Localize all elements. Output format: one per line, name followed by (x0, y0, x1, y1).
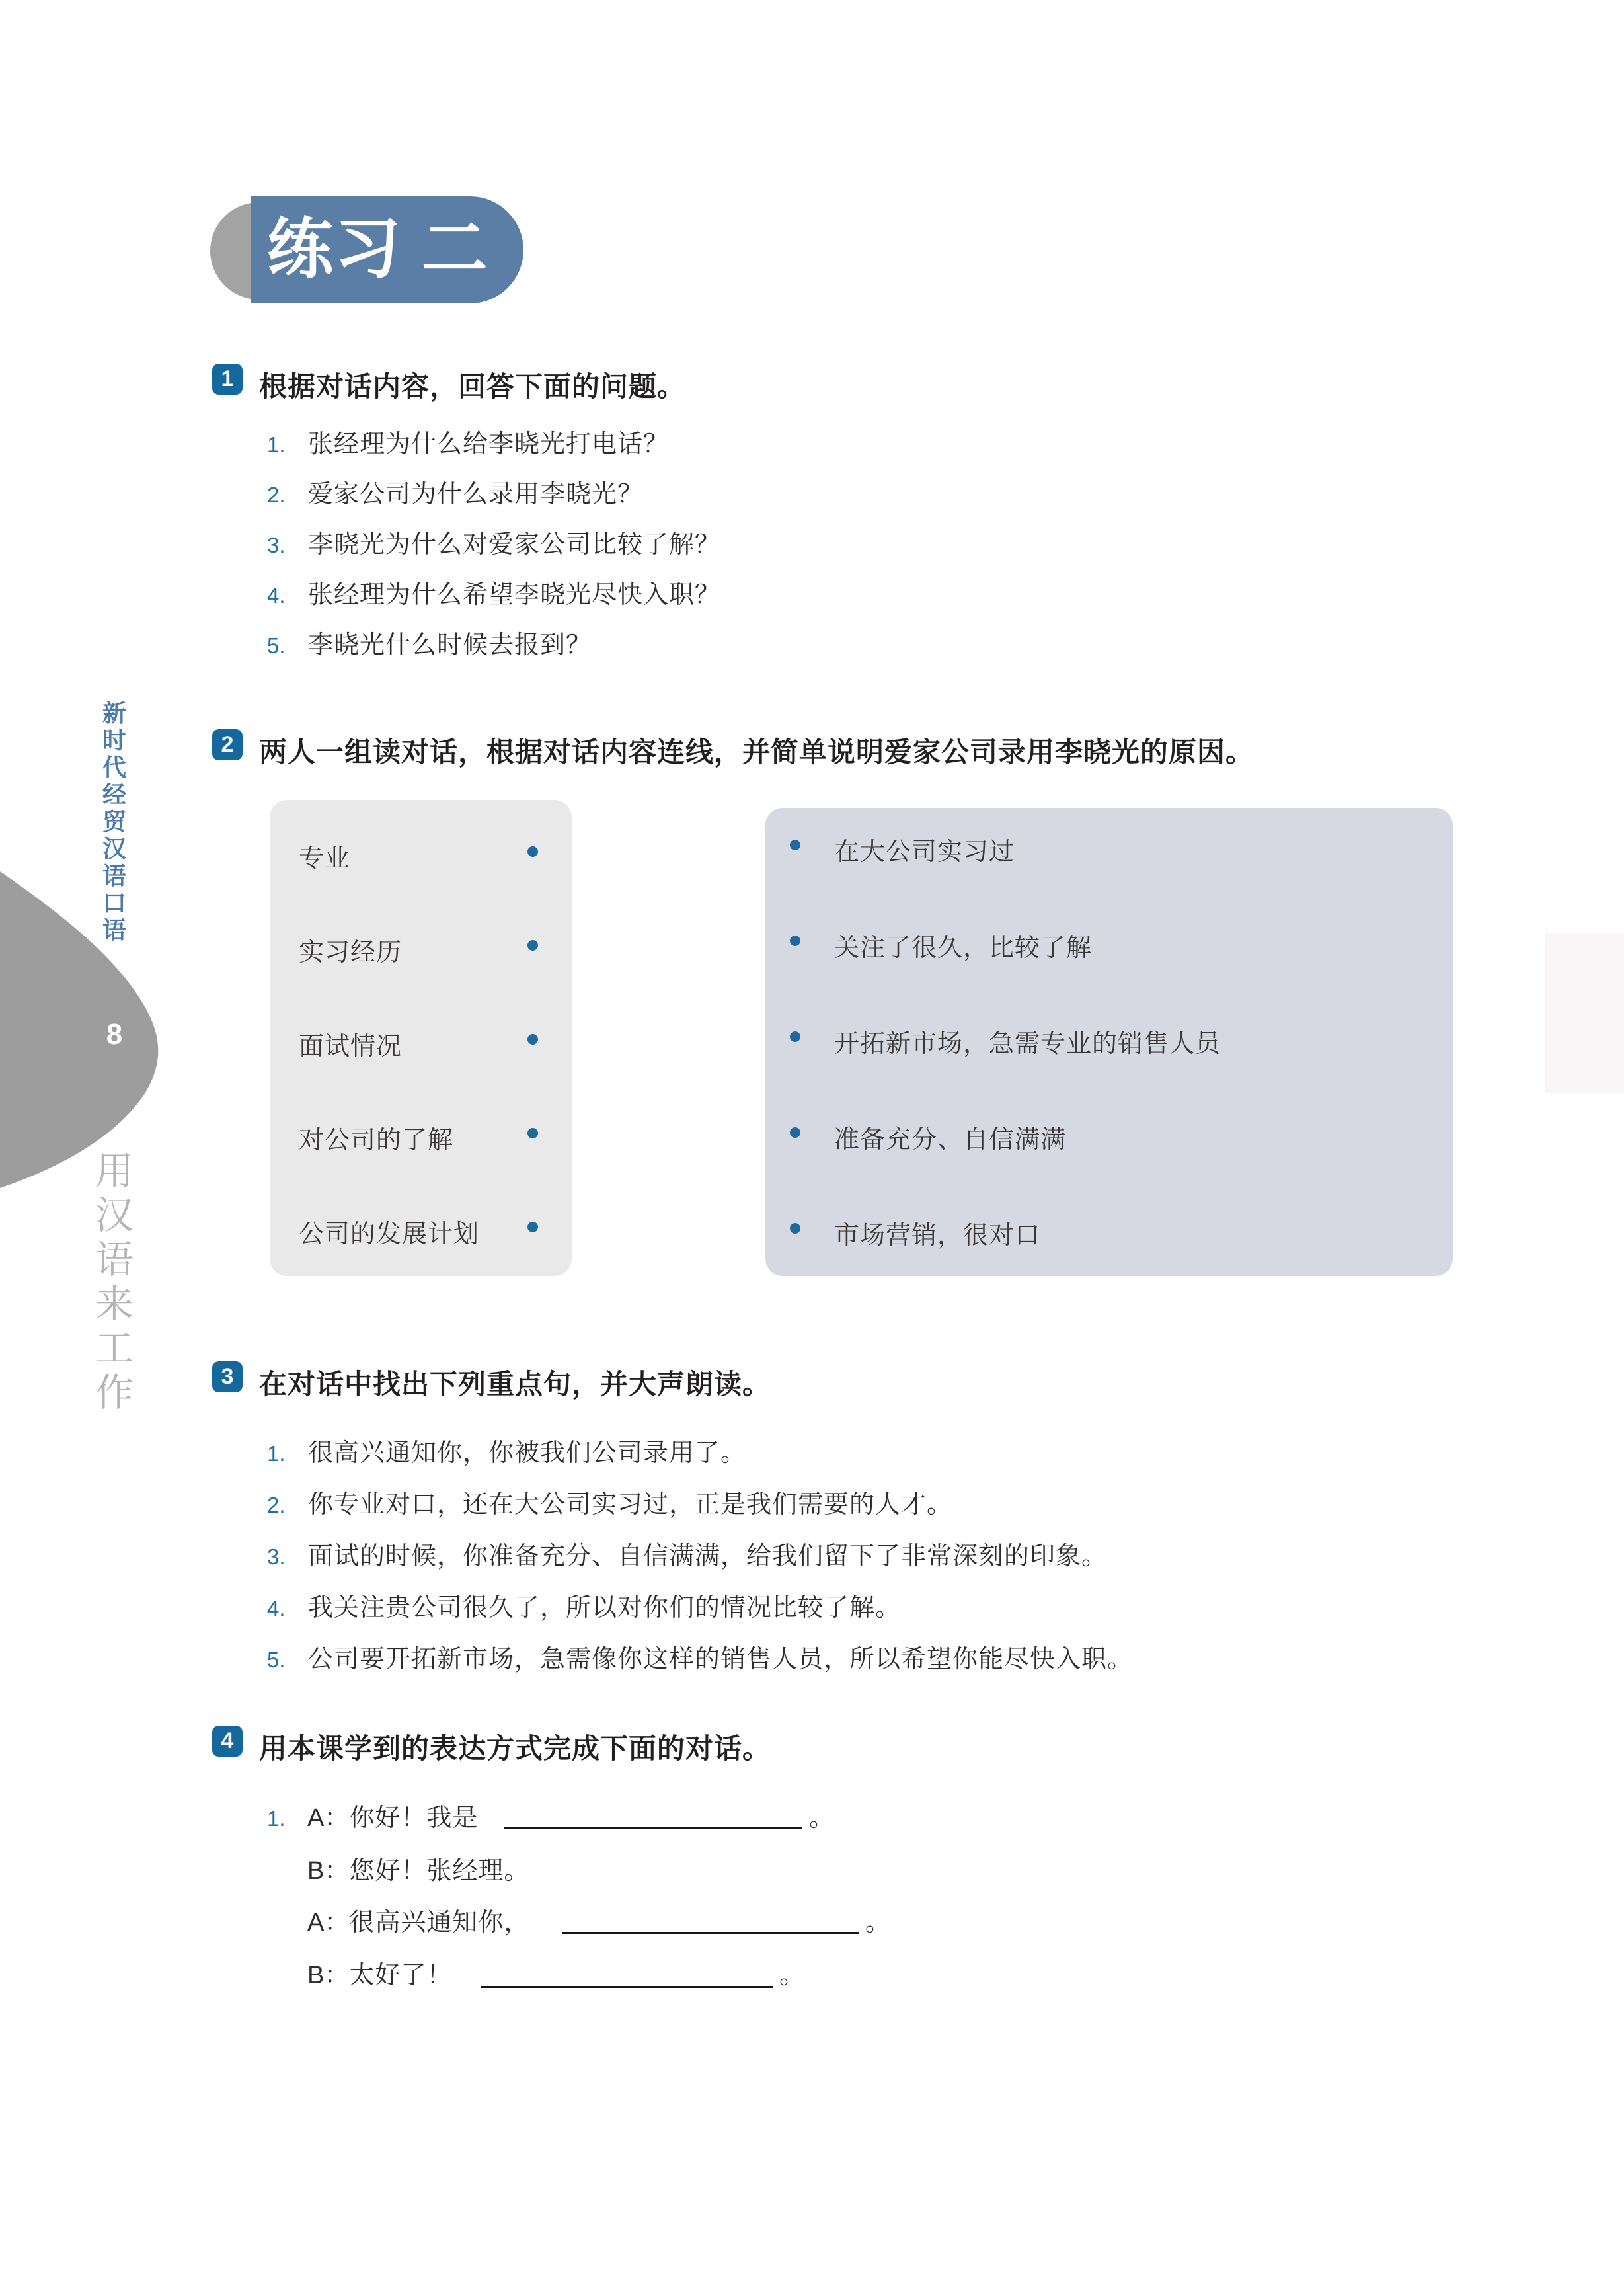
dialogue-line: B： 您好！张经理。 (307, 1850, 529, 1886)
list-item: 3. 李晓光为什么对爱家公司比较了解？ (267, 524, 720, 560)
item-text: 很高兴通知你，你被我们公司录用了。 (308, 1432, 746, 1468)
speaker-label: B： (307, 1954, 349, 1991)
list-item: 2. 爱家公司为什么录用李晓光？ (267, 473, 643, 510)
list-item: 5. 李晓光什么时候去报到？ (267, 624, 592, 660)
item-text: 面试的时候，你准备充分、自信满满，给我们留下了非常深刻的印象。 (308, 1535, 1107, 1572)
matching-right-label: 开拓新市场，急需专业的销售人员 (834, 1023, 1221, 1059)
adjacent-page-sliver (1545, 933, 1624, 1093)
section-4-badge: 4 (212, 1726, 243, 1757)
fill-in-blank-line (504, 1827, 802, 1829)
item-text: 爱家公司为什么录用李晓光？ (308, 473, 643, 510)
connector-dot (790, 1223, 800, 1234)
fill-in-blank-line (481, 1986, 773, 1988)
period-after-blank: 。 (809, 1797, 834, 1833)
item-text: 张经理为什么希望李晓光尽快入职？ (308, 574, 720, 610)
connector-dot (527, 940, 538, 951)
section-1-badge: 1 (212, 364, 243, 395)
item-text: 张经理为什么给李晓光打电话？ (308, 423, 669, 459)
item-number: 2. (267, 1493, 308, 1518)
dialogue-text: 你好！我是 (349, 1797, 478, 1833)
item-number: 3. (267, 1544, 308, 1570)
sidebar-swoosh-shape (0, 866, 165, 1197)
connector-dot (527, 846, 538, 857)
connector-dot (790, 1031, 800, 1042)
matching-left-label: 公司的发展计划 (299, 1213, 479, 1250)
item-text: 李晓光为什么对爱家公司比较了解？ (308, 524, 720, 560)
matching-left-label: 对公司的了解 (299, 1119, 453, 1156)
connector-dot (527, 1222, 538, 1232)
matching-left-label: 专业 (299, 838, 350, 874)
section-3-badge: 3 (212, 1361, 243, 1392)
period-after-blank: 。 (779, 1954, 804, 1991)
list-item: 4. 张经理为什么希望李晓光尽快入职？ (267, 574, 720, 610)
dialogue-line: A： 很高兴通知你， (307, 1901, 529, 1938)
speaker-label: A： (307, 1901, 349, 1938)
page-number: 8 (99, 1018, 130, 1051)
matching-left-label: 面试情况 (299, 1025, 402, 1062)
list-item: 1. 很高兴通知你，你被我们公司录用了。 (267, 1432, 746, 1468)
item-number: 1. (267, 432, 308, 458)
matching-right-label: 市场营销，很对口 (834, 1215, 1040, 1251)
exercise-banner-title: 练习 二 (251, 196, 539, 303)
list-item: 4. 我关注贵公司很久了，所以对你们的情况比较了解。 (267, 1587, 901, 1623)
textbook-page: 新时代经贸汉语口语 8 用汉语来工作 练习 二 1 根据对话内容，回答下面的问题… (0, 0, 1624, 2273)
speaker-label: B： (307, 1850, 349, 1886)
item-text: 李晓光什么时候去报到？ (308, 624, 592, 660)
item-number: 4. (267, 1596, 308, 1621)
matching-right-label: 在大公司实习过 (834, 831, 1015, 867)
section-1-title: 根据对话内容，回答下面的问题。 (259, 365, 685, 405)
book-title-vertical: 用汉语来工作 (93, 1149, 136, 1415)
connector-dot (527, 1128, 538, 1138)
item-number: 1. (267, 1806, 307, 1831)
connector-dot (790, 840, 800, 850)
connector-dot (790, 936, 800, 946)
section-4-title: 用本课学到的表达方式完成下面的对话。 (259, 1727, 771, 1767)
item-number: 3. (267, 533, 308, 558)
item-text: 我关注贵公司很久了，所以对你们的情况比较了解。 (308, 1587, 901, 1623)
list-item: 5. 公司要开拓新市场，急需像你这样的销售人员，所以希望你能尽快入职。 (267, 1638, 1133, 1675)
period-after-blank: 。 (865, 1901, 890, 1938)
dialogue-line: B： 太好了！ (307, 1954, 452, 1991)
item-number: 1. (267, 1441, 308, 1466)
item-text: 你专业对口，还在大公司实习过，正是我们需要的人才。 (308, 1484, 952, 1520)
section-2-title: 两人一组读对话，根据对话内容连线，并简单说明爱家公司录用李晓光的原因。 (259, 731, 1254, 770)
dialogue-text: 您好！张经理。 (349, 1850, 529, 1886)
dialogue-text: 很高兴通知你， (349, 1901, 529, 1938)
item-number: 2. (267, 483, 308, 508)
section-3-title: 在对话中找出下列重点句，并大声朗读。 (259, 1363, 771, 1402)
speaker-label: A： (307, 1797, 349, 1833)
section-2-badge: 2 (212, 729, 243, 760)
item-number: 5. (267, 1648, 308, 1673)
list-item: 2. 你专业对口，还在大公司实习过，正是我们需要的人才。 (267, 1484, 952, 1520)
matching-left-label: 实习经历 (299, 932, 402, 968)
item-text: 公司要开拓新市场，急需像你这样的销售人员，所以希望你能尽快入职。 (308, 1638, 1133, 1675)
connector-dot (790, 1127, 800, 1138)
list-item: 3. 面试的时候，你准备充分、自信满满，给我们留下了非常深刻的印象。 (267, 1535, 1107, 1572)
fill-in-blank-line (562, 1932, 859, 1934)
dialogue-text: 太好了！ (349, 1954, 452, 1991)
matching-right-label: 关注了很久，比较了解 (834, 927, 1092, 963)
item-number: 5. (267, 633, 308, 658)
dialogue-line: 1. A： 你好！我是 (267, 1797, 478, 1833)
list-item: 1. 张经理为什么给李晓光打电话？ (267, 423, 669, 459)
item-number: 4. (267, 583, 308, 608)
matching-right-label: 准备充分、自信满满 (834, 1119, 1066, 1155)
connector-dot (527, 1034, 538, 1045)
